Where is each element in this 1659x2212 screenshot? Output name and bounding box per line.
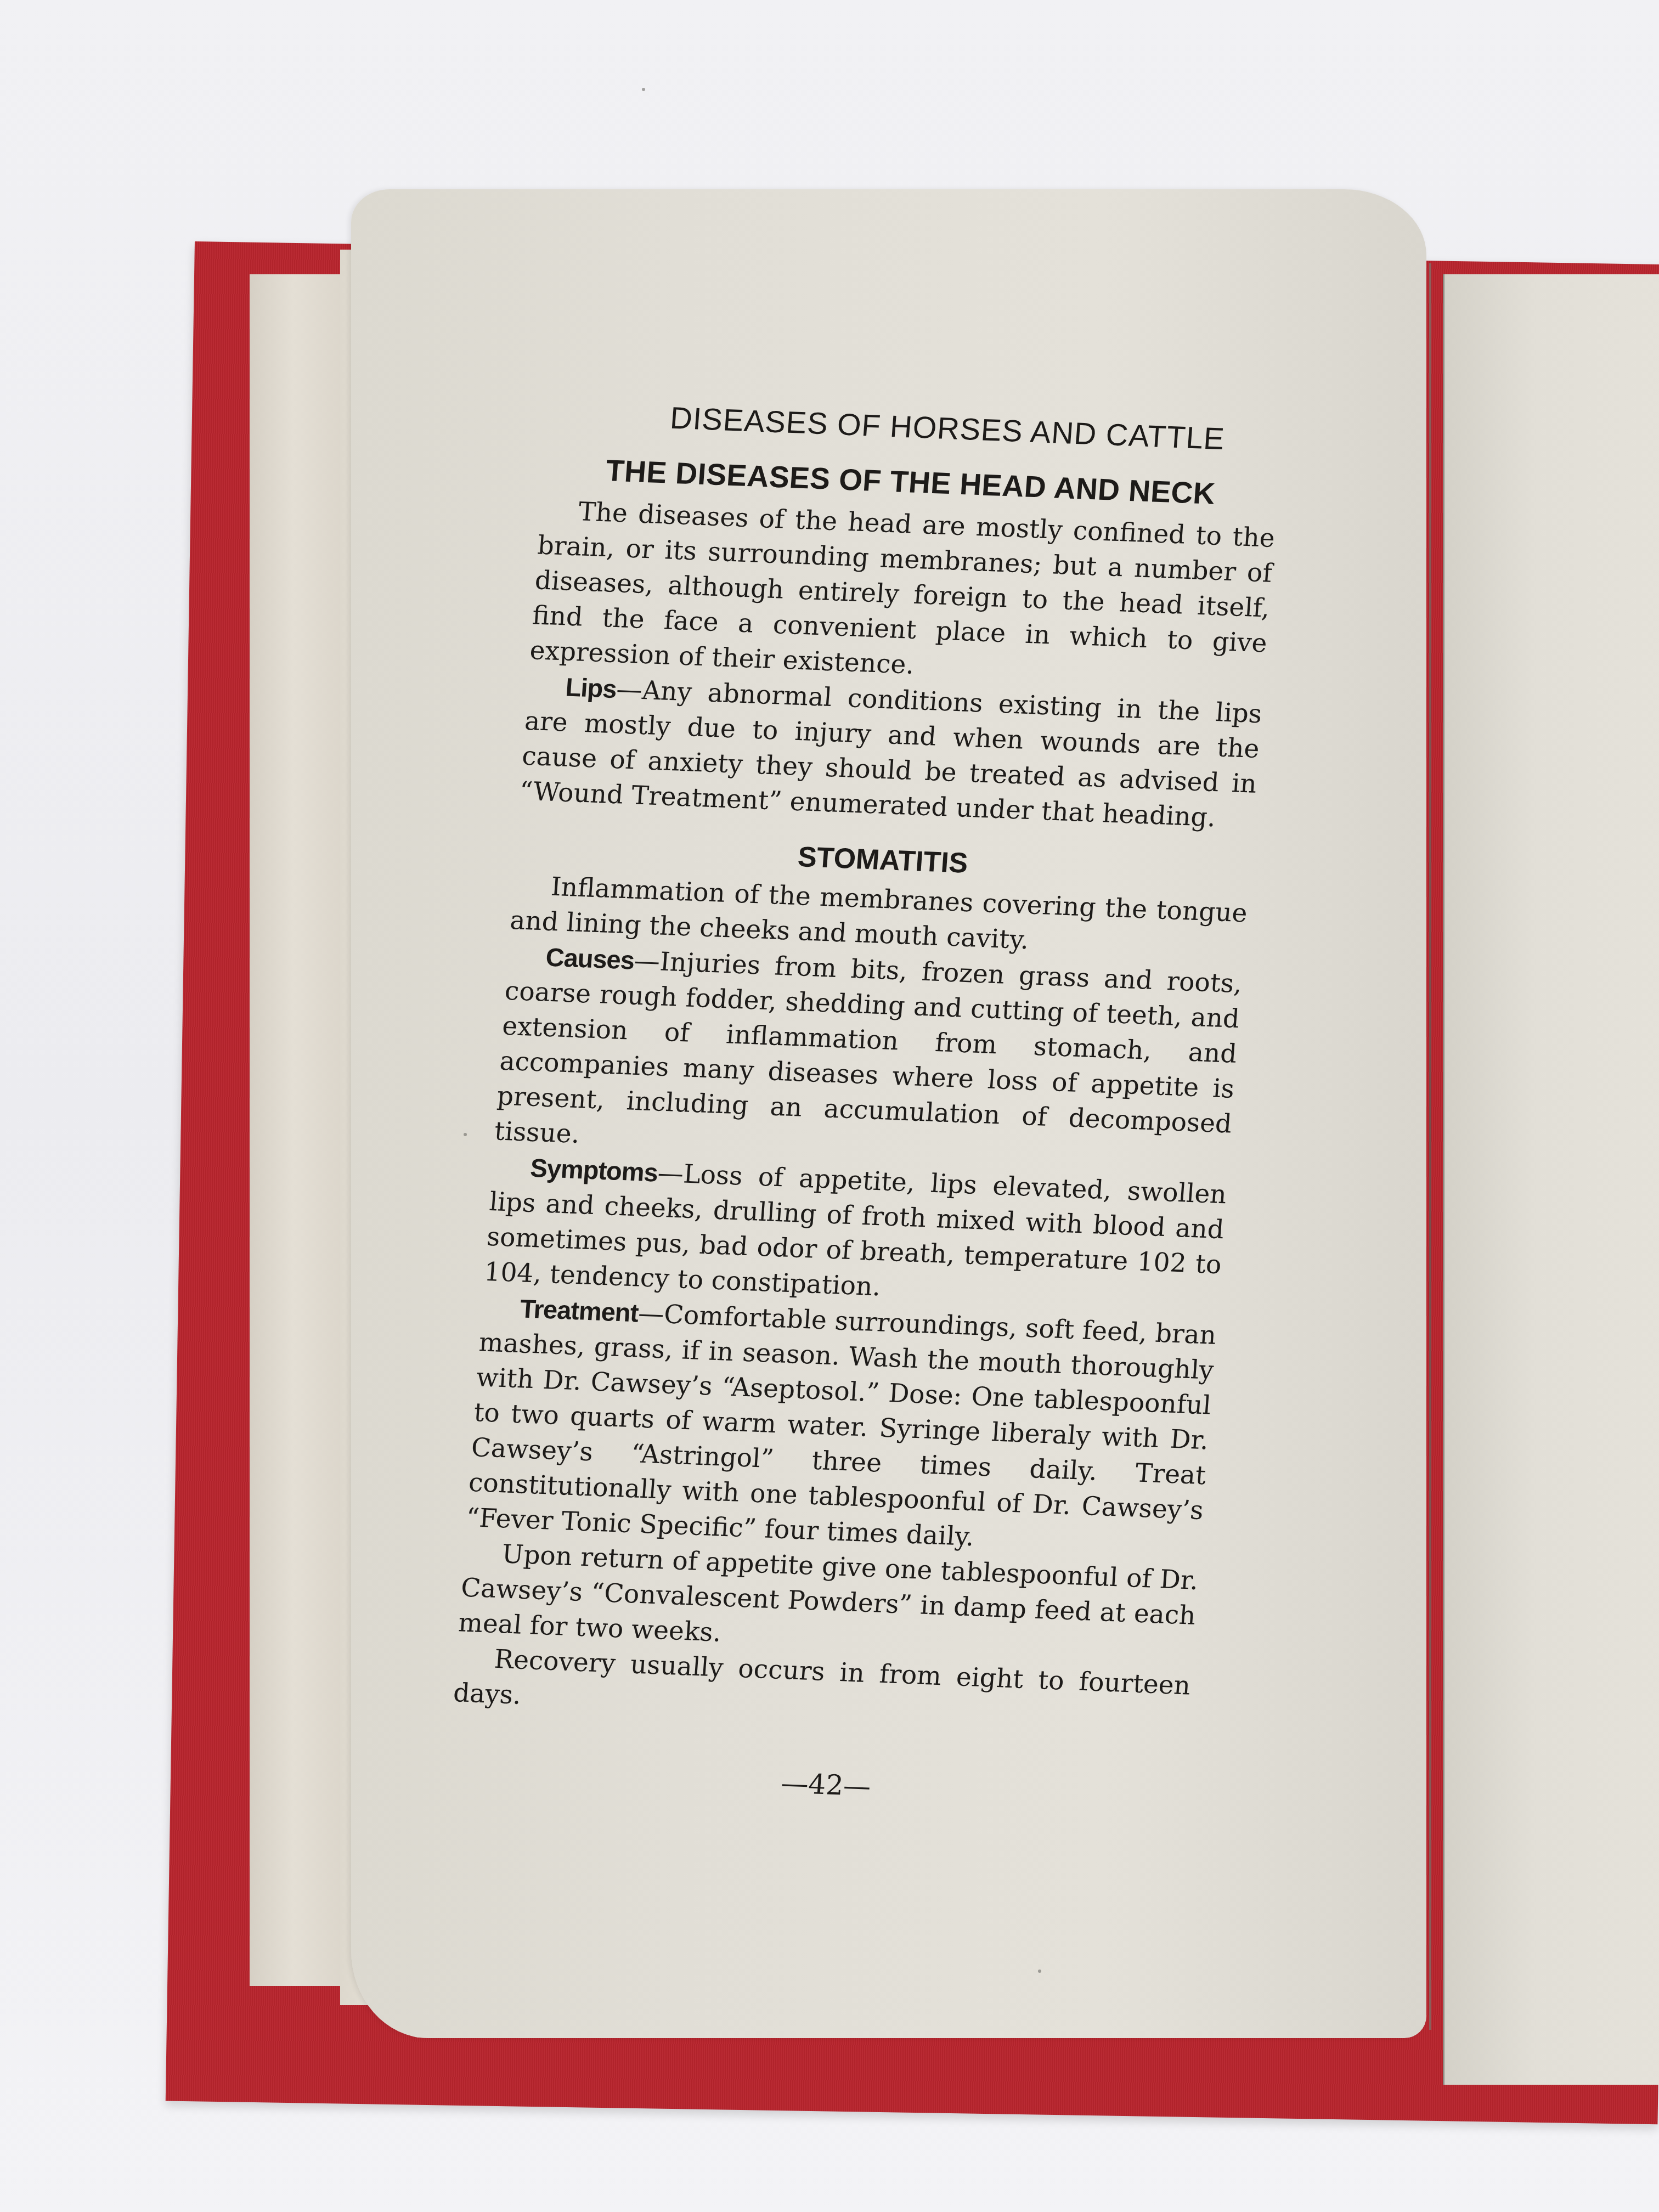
page-text-block: DISEASES OF HORSES AND CATTLE THE DISEAS… xyxy=(447,395,1283,1814)
dust-speck xyxy=(464,1133,467,1136)
treatment-paragraph: Treatment—Comfortable surroundings, soft… xyxy=(465,1290,1217,1564)
right-page xyxy=(1443,274,1659,2085)
causes-label: Causes xyxy=(545,943,635,975)
lips-separator: — xyxy=(616,674,644,706)
symptoms-label: Symptoms xyxy=(529,1153,659,1187)
book-gutter xyxy=(1429,263,1431,2030)
dust-speck xyxy=(1038,1970,1041,1973)
treatment-label: Treatment xyxy=(519,1294,639,1327)
causes-separator: — xyxy=(633,946,661,977)
dust-speck xyxy=(642,88,645,91)
treatment-text: Comfortable surroundings, soft feed, bra… xyxy=(465,1299,1217,1552)
symptoms-separator: — xyxy=(657,1158,685,1189)
intro-paragraph: The diseases of the head are mostly conf… xyxy=(528,493,1276,697)
symptoms-paragraph: Symptoms—Loss of appetite, lips elevated… xyxy=(483,1149,1228,1318)
causes-text: Injuries from bits, frozen grass and roo… xyxy=(493,947,1243,1149)
lips-label: Lips xyxy=(565,673,617,703)
lips-paragraph: Lips—Any abnormal conditions existing in… xyxy=(518,668,1263,837)
treatment-separator: — xyxy=(637,1299,665,1330)
causes-paragraph: Causes—Injuries from bits, frozen grass … xyxy=(493,938,1243,1177)
